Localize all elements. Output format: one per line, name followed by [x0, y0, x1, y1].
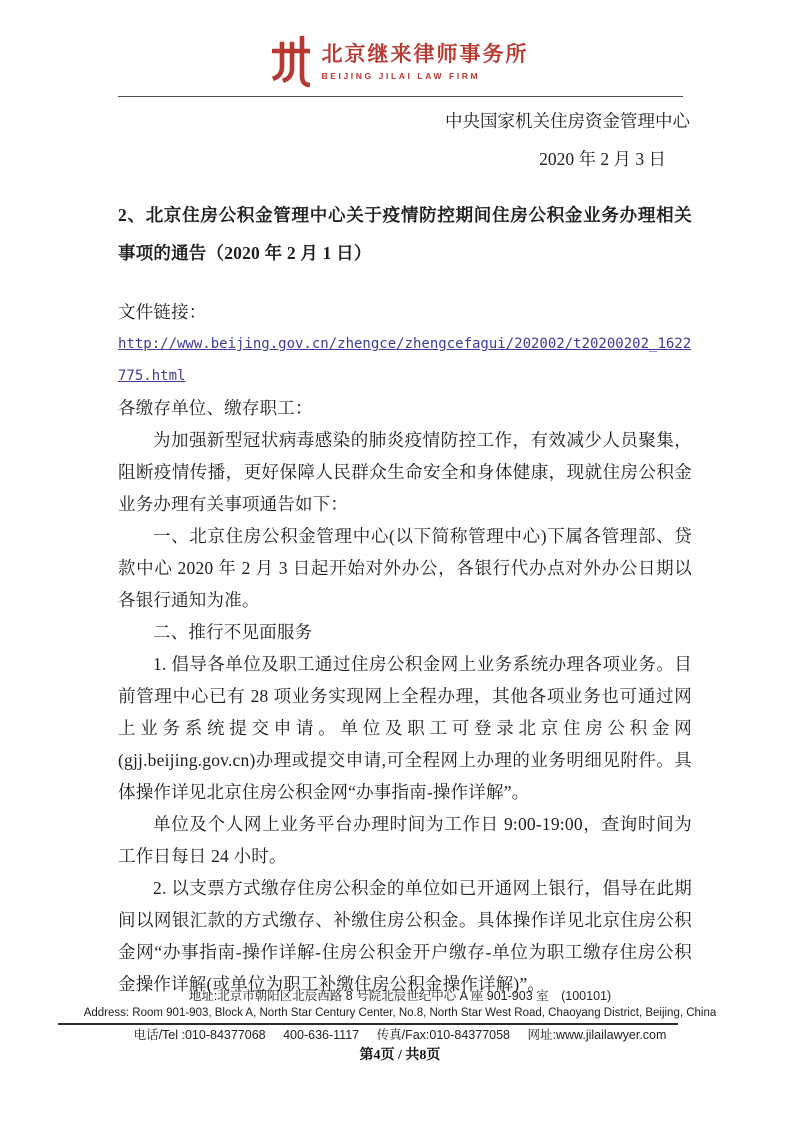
file-link-label: 文件链接： — [118, 296, 692, 328]
document-body: 2、北京住房公积金管理中心关于疫情防控期间住房公积金业务办理相关事项的通告（20… — [118, 196, 692, 1000]
file-link-url[interactable]: http://www.beijing.gov.cn/zhengce/zhengc… — [118, 328, 692, 392]
law-firm-name-cn: 北京继来律师事务所 — [322, 43, 529, 67]
footer-fax: 传真/Fax:010-84377058 — [377, 1028, 510, 1042]
letterhead-divider — [118, 96, 683, 97]
footer-website: 网址:www.jilailawyer.com — [528, 1028, 667, 1042]
footer-hotline: 400-636-1117 — [283, 1028, 359, 1042]
paragraph-intro: 为加强新型冠状病毒感染的肺炎疫情防控工作，有效减少人员聚集，阻断疫情传播，更好保… — [118, 424, 692, 520]
paragraph-item-2: 2. 以支票方式缴存住房公积金的单位如已开通网上银行，倡导在此期间以网银汇款的方… — [118, 872, 692, 1000]
law-firm-logo-icon — [272, 36, 310, 88]
recipient-line: 中央国家机关住房资金管理中心 — [118, 102, 690, 140]
footer-address-en: Address: Room 901-903, Block A, North St… — [0, 1005, 800, 1021]
date-line: 2020 年 2 月 3 日 — [118, 140, 690, 178]
paragraph-section-2-heading: 二、推行不见面服务 — [118, 616, 692, 648]
law-firm-name-en: BEIJING JILAI LAW FIRM — [322, 71, 481, 81]
footer-address-cn: 地址:北京市朝阳区北辰西路 8 号院北辰世纪中心 A 座 901-903 室 (… — [0, 988, 800, 1005]
paragraph-section-1: 一、北京住房公积金管理中心(以下简称管理中心)下属各管理部、贷款中心 2020 … — [118, 520, 692, 616]
page-footer: 地址:北京市朝阳区北辰西路 8 号院北辰世纪中心 A 座 901-903 室 (… — [0, 988, 800, 1066]
law-firm-logo: 北京继来律师事务所 BEIJING JILAI LAW FIRM — [0, 36, 800, 88]
footer-telephone: 电话/Tel :010-84377068 — [134, 1028, 266, 1042]
letter-meta: 中央国家机关住房资金管理中心 2020 年 2 月 3 日 — [118, 102, 690, 178]
footer-contact-line: 电话/Tel :010-84377068 400-636-1117 传真/Fax… — [0, 1027, 800, 1044]
paragraph-item-1: 1. 倡导各单位及职工通过住房公积金网上业务系统办理各项业务。目前管理中心已有 … — [118, 648, 692, 808]
salutation-line: 各缴存单位、缴存职工： — [118, 392, 692, 424]
footer-divider — [58, 1023, 678, 1025]
notice-title: 2、北京住房公积金管理中心关于疫情防控期间住房公积金业务办理相关事项的通告（20… — [118, 196, 692, 272]
paragraph-service-hours: 单位及个人网上业务平台办理时间为工作日 9:00-19:00，查询时间为工作日每… — [118, 808, 692, 872]
page-number-indicator: 第4页 / 共8页 — [0, 1046, 800, 1066]
letter-page: 北京继来律师事务所 BEIJING JILAI LAW FIRM 中央国家机关住… — [0, 0, 800, 1130]
law-firm-name-block: 北京继来律师事务所 BEIJING JILAI LAW FIRM — [322, 43, 529, 81]
